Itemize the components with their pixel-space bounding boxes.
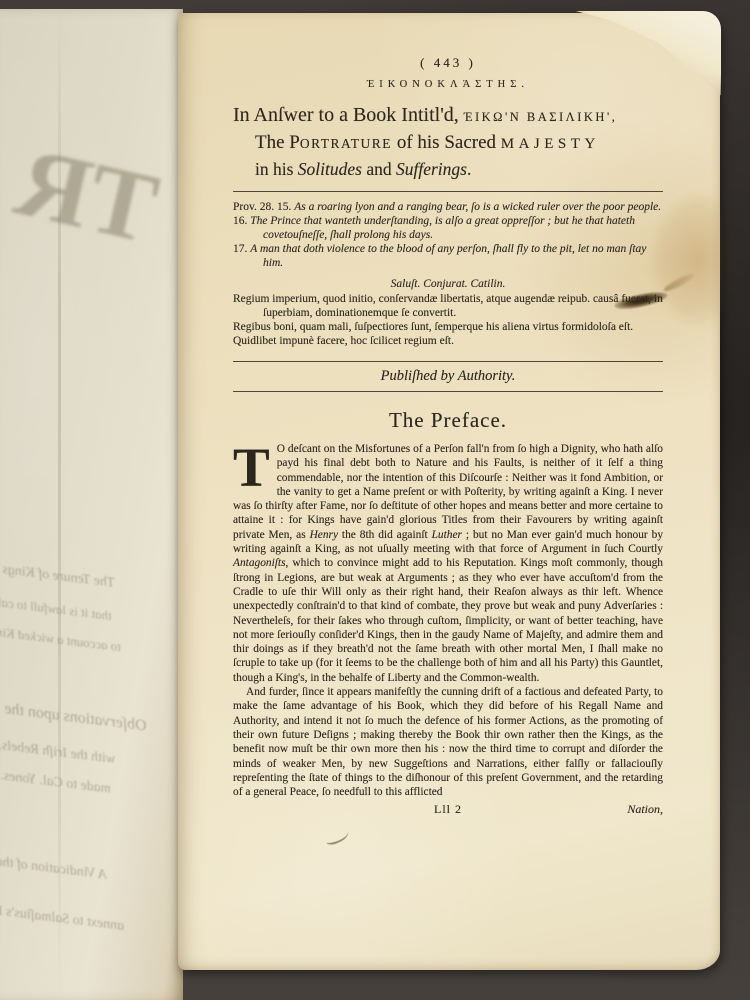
title-text: and: [362, 159, 396, 179]
page-footer: Lll 2 Nation,: [233, 802, 663, 817]
title-text: of his Sacred: [392, 132, 501, 153]
title-majesty-caps: MAJESTY: [501, 136, 600, 152]
horizontal-rule: [233, 391, 663, 392]
ghost-showthrough-line: annext to Salmaſius's D: [0, 903, 125, 935]
ghost-showthrough-line: Obſervations upon the: [3, 700, 147, 735]
letterpress-content: ( 443 ) ΈΙΚΟΝΟΚΛΆΣΤΗΣ. In Anſwer to a Bo…: [233, 55, 663, 817]
title-roman: In Anſwer to a Book Intitl'd,: [233, 104, 464, 126]
verse-label: 16.: [233, 215, 247, 227]
verse-text: The Prince that wanteth underſtanding, i…: [250, 215, 635, 241]
title-text: .: [467, 159, 471, 179]
published-by-authority: Publiſhed by Authority.: [233, 368, 663, 385]
preface-heading: The Preface.: [233, 408, 663, 433]
title-text: in his: [255, 159, 298, 179]
sallust-citation-heading: Saluſt. Conjurat. Catilin.: [233, 278, 663, 290]
drop-cap: T: [233, 442, 277, 490]
verse-label: 17.: [233, 243, 247, 255]
page-number: ( 443 ): [233, 55, 663, 71]
horizontal-rule: [233, 361, 663, 362]
preface-paragraph-1: TO deſcant on the Misfortunes of a Perſo…: [233, 442, 663, 685]
title-text: The P: [255, 132, 300, 153]
ghost-showthrough-line: that it is lawfull to call: [0, 594, 113, 624]
sallust-line: Regibus boni, quam mali, ſuſpectiores ſu…: [233, 320, 663, 334]
title-greek: ΈΙΚΩ'Ν ΒΑΣΙΛΙΚΗ',: [464, 110, 618, 124]
title-line-3: in his Solitudes and Sufferings.: [233, 157, 663, 182]
paragraph-text: O deſcant on the Misfortunes of a Perſon…: [233, 443, 663, 684]
verse-text: A man that doth violence to the blood of…: [250, 243, 646, 269]
pen-mark: [324, 828, 351, 847]
verse-text: As a roaring lyon and a ranging bear, ſo…: [294, 201, 661, 213]
horizontal-rule: [233, 191, 663, 192]
previous-page-leaf: TR The Tenure of Kings that it is lawful…: [0, 9, 183, 1000]
title-line-2: The PORTRATURE of his Sacred MAJESTY: [233, 130, 663, 157]
sallust-line: Quidlibet impunè facere, hoc ſcilicet re…: [233, 334, 663, 348]
verse-label: Prov. 28. 15.: [233, 201, 291, 213]
greek-running-title: ΈΙΚΟΝΟΚΛΆΣΤΗΣ.: [233, 79, 663, 90]
catchword: Nation,: [462, 802, 663, 817]
sallust-quotes: Regium imperium, quod initio, conſervand…: [233, 292, 663, 348]
photo-background: TR The Tenure of Kings that it is lawful…: [0, 0, 750, 1000]
title-line-1: In Anſwer to a Book Intitl'd, ΈΙΚΩ'Ν ΒΑΣ…: [233, 103, 663, 130]
paragraph-text: And furder, ſince it appears manifeſtly …: [233, 686, 663, 798]
title-italic: Solitudes: [298, 159, 362, 179]
book-page: ( 443 ) ΈΙΚΟΝΟΚΛΆΣΤΗΣ. In Anſwer to a Bo…: [178, 13, 720, 970]
title-italic: Sufferings: [396, 159, 467, 179]
ghost-showthrough-line: to account a wicked King,: [0, 623, 122, 655]
preface-paragraph-2: And furder, ſince it appears manifeſtly …: [233, 685, 663, 799]
ghost-showthrough-line: made to Cal. Yones.: [0, 768, 112, 797]
proverb-item: 16. The Prince that wanteth underſtandin…: [233, 214, 663, 242]
proverb-item: 17. A man that doth violence to the bloo…: [233, 242, 663, 270]
proverbs-quotes: Prov. 28. 15. As a roaring lyon and a ra…: [233, 200, 663, 270]
sallust-line: Regium imperium, quod initio, conſervand…: [233, 292, 663, 320]
title-smallcaps: ORTRATURE: [300, 136, 392, 151]
ghost-showthrough-line: A Vindication of the: [0, 854, 108, 883]
signature-mark: Lll 2: [434, 802, 462, 817]
ghost-showthrough-line: with the Iriſh Rebels,: [0, 738, 116, 768]
ghost-showthrough-line: The Tenure of Kings: [1, 562, 115, 592]
ghost-showthrough-text: TR: [7, 123, 168, 266]
proverb-item: Prov. 28. 15. As a roaring lyon and a ra…: [233, 200, 663, 214]
title-block: In Anſwer to a Book Intitl'd, ΈΙΚΩ'Ν ΒΑΣ…: [233, 103, 663, 182]
